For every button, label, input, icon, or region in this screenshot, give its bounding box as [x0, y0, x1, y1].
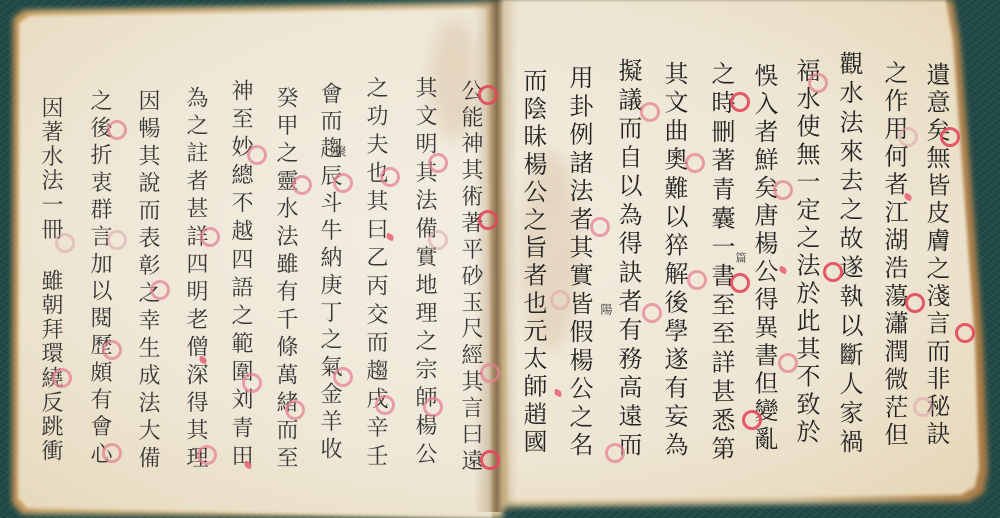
punctuation-circle-icon: [285, 400, 305, 420]
punctuation-circle-icon: [730, 273, 750, 293]
punctuation-circle-icon: [823, 262, 843, 282]
manuscript-photo: 遺意矣無皆皮膚之淺言而非秘訣 之作用何者江湖浩蕩瀟潤微茫但 觀水法來去之故遂執以…: [0, 0, 1000, 518]
punctuation-circle-icon: [333, 367, 353, 387]
punctuation-circle-icon: [150, 280, 170, 300]
punctuation-circle-icon: [480, 450, 500, 470]
punctuation-circle-icon: [605, 443, 625, 463]
punctuation-circle-icon: [590, 217, 610, 237]
punctuation-circle-icon: [478, 210, 498, 230]
punctuation-circle-icon: [955, 323, 975, 343]
punctuation-circle-icon: [102, 340, 122, 360]
punctuation-circle-icon: [333, 173, 353, 193]
punctuation-circle-icon: [642, 303, 662, 323]
red-tick-mark-icon: [903, 193, 913, 202]
punctuation-circle-icon: [742, 410, 762, 430]
punctuation-circle-icon: [197, 445, 217, 465]
punctuation-circle-icon: [898, 127, 918, 147]
punctuation-circle-icon: [913, 397, 933, 417]
punctuation-circle-icon: [423, 397, 443, 417]
punctuation-circle-icon: [107, 120, 127, 140]
red-tick-mark-icon: [385, 233, 395, 242]
punctuation-circle-icon: [102, 443, 122, 463]
red-tick-mark-icon: [553, 389, 563, 398]
punctuation-circle-icon: [550, 290, 570, 310]
punctuation-circle-icon: [107, 230, 127, 250]
red-tick-mark-icon: [198, 356, 208, 365]
punctuation-circle-icon: [685, 153, 705, 173]
punctuation-circle-icon: [773, 180, 793, 200]
punctuation-circle-icon: [247, 145, 267, 165]
punctuation-circle-icon: [428, 153, 448, 173]
punctuation-circle-icon: [480, 363, 500, 383]
punctuation-circle-icon: [292, 175, 312, 195]
punctuation-circle-icon: [52, 368, 72, 388]
punctuation-circle-icon: [687, 270, 707, 290]
punctuation-circle-icon: [375, 395, 395, 415]
punctuation-circle-icon: [55, 233, 75, 253]
punctuation-circle-icon: [380, 167, 400, 187]
punctuation-circle-icon: [778, 353, 798, 373]
punctuation-circle-icon: [640, 102, 660, 122]
red-punctuation-marks: [0, 0, 1000, 518]
red-tick-mark-icon: [243, 461, 253, 470]
red-tick-mark-icon: [778, 266, 788, 275]
punctuation-circle-icon: [428, 230, 448, 250]
punctuation-circle-icon: [730, 92, 750, 112]
punctuation-circle-icon: [478, 85, 498, 105]
punctuation-circle-icon: [905, 293, 925, 313]
punctuation-circle-icon: [808, 73, 828, 93]
punctuation-circle-icon: [200, 227, 220, 247]
punctuation-circle-icon: [940, 127, 960, 147]
punctuation-circle-icon: [242, 373, 262, 393]
